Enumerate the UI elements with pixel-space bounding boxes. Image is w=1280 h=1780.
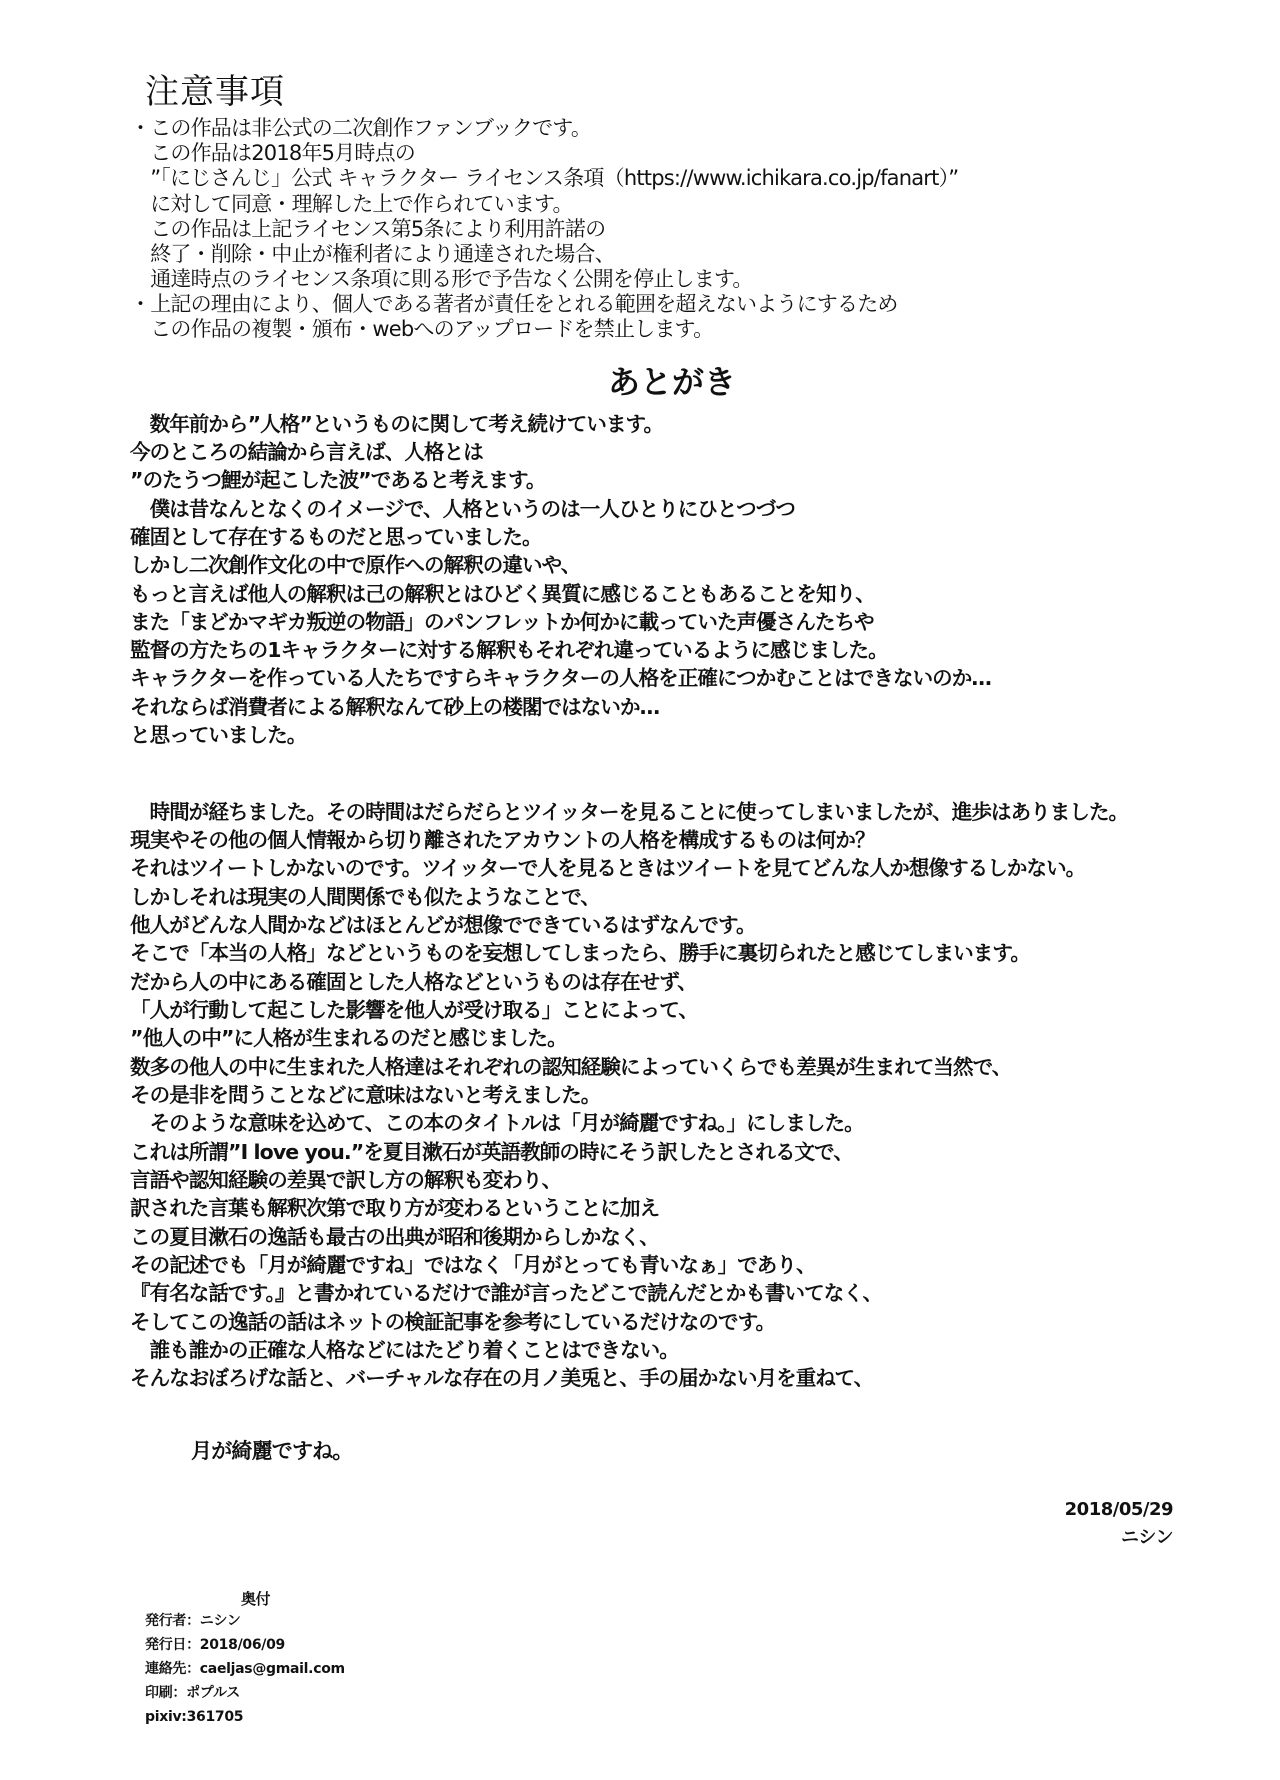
body-line: 訳された言葉も解釈次第で取り方が変わるということに加え: [130, 1198, 659, 1219]
notice-line: この作品は2018年5月時点の: [130, 143, 415, 164]
body-line: もっと言えば他人の解釈は己の解釈とはひどく異質に感じることもあることを知り、: [130, 584, 875, 605]
body-line: 監督の方たちの1キャラクターに対する解釈もそれぞれ違っているように感じました。: [130, 640, 888, 661]
body-line: キャラクターを作っている人たちですらキャラクターの人格を正確につかむことはできな…: [130, 668, 991, 689]
body-line: それはツイートしかないのです。ツイッターで人を見るときはツイートを見てどんな人か…: [130, 858, 1085, 879]
body-line: しかしそれは現実の人間関係でも似たようなことで、: [130, 887, 600, 908]
body-line: 確固として存在するものだと思っていました。: [130, 527, 542, 548]
colophon-pixiv: pixiv:361705: [145, 1710, 243, 1724]
colophon-printer: 印刷：ポプルス: [145, 1686, 240, 1700]
body-line: 誰も誰かの正確な人格などにはたどり着くことはできない。: [130, 1340, 679, 1361]
body-line: 今のところの結論から言えば、人格とは: [130, 442, 483, 463]
body-line: 現実やその他の個人情報から切り離されたアカウントの人格を構成するものは何か？: [130, 830, 875, 851]
body-line: だから人の中にある確固とした人格などというものは存在せず、: [130, 972, 697, 993]
body-line: それならば消費者による解釈なんて砂上の楼閣ではないか…: [130, 697, 659, 718]
body-line: そのような意味を込めて、この本のタイトルは「月が綺麗ですね。」にしました。: [130, 1113, 864, 1134]
body-line: と思っていました。: [130, 725, 306, 746]
document-page: 注意事項 ・この作品は非公式の二次創作ファンブックです。 この作品は2018年5…: [0, 0, 1280, 1780]
body-line: また「まどかマギカ叛逆の物語」のパンフレットか何かに載っていた声優さんたちや: [130, 612, 874, 633]
body-line: ”のたうつ鯉が起こした波”であると考えます。: [130, 470, 546, 491]
signoff-author: ニシン: [1121, 1529, 1173, 1547]
notice-line: この作品の複製・頒布・webへのアップロードを禁止します。: [130, 319, 713, 340]
notice-line: ・上記の理由により、個人である著者が責任をとれる範囲を超えないようにするため: [130, 294, 898, 315]
body-line: 時間が経ちました。その時間はだらだらとツイッターを見ることに使ってしまいましたが…: [130, 802, 1128, 823]
notice-line: ・この作品は非公式の二次創作ファンブックです。: [130, 118, 591, 139]
notice-line: に対して同意・理解した上で作られています。: [130, 194, 573, 215]
body-line: そしてこの逸話の話はネットの検証記事を参考にしているだけなのです。: [130, 1312, 775, 1333]
colophon-publish-date: 発行日：2018/06/09: [145, 1638, 285, 1652]
body-line: この夏目漱石の逸話も最古の出典が昭和後期からしかなく、: [130, 1227, 659, 1248]
body-line: 「人が行動して起こした影響を他人が受け取る」ことによって、: [130, 1000, 698, 1021]
body-line: その記述でも「月が綺麗ですね」ではなく「月がとっても青いなぁ」であり、: [130, 1255, 816, 1276]
colophon-contact: 連絡先：caeljas@gmail.com: [145, 1662, 345, 1676]
colophon-title: 奥付: [241, 1592, 270, 1607]
signoff-date: 2018/05/29: [1065, 1501, 1173, 1519]
notice-line: この作品は上記ライセンス第5条により利用許諾の: [130, 219, 605, 240]
body-line: その是非を問うことなどに意味はないと考えました。: [130, 1085, 600, 1106]
body-line: 数多の他人の中に生まれた人格達はそれぞれの認知経験によっていくらでも差異が生まれ…: [130, 1057, 1011, 1078]
body-line: そんなおぼろげな話と、バーチャルな存在の月ノ美兎と、手の届かない月を重ねて、: [130, 1368, 873, 1389]
body-line: 『有名な話です。』と書かれているだけで誰が言ったどこで読んだとかも書いてなく、: [130, 1283, 882, 1304]
body-line: これは所謂”I love you.”を夏目漱石が英語教師の時にそう訳したとされる…: [130, 1142, 853, 1163]
body-line: ”他人の中”に人格が生まれるのだと感じました。: [130, 1028, 567, 1049]
body-line: 他人がどんな人間かなどはほとんどが想像でできているはずなんです。: [130, 915, 756, 936]
body-line: 言語や認知経験の差異で訳し方の解釈も変わり、: [130, 1170, 561, 1191]
notice-line: 通達時点のライセンス条項に則る形で予告なく公開を停止します。: [130, 269, 753, 290]
closing-line: 月が綺麗ですね。: [191, 1441, 353, 1462]
body-line: 僕は昔なんとなくのイメージで、人格というのは一人ひとりにひとつづつ: [130, 499, 795, 520]
notice-title: 注意事項: [145, 75, 285, 109]
body-line: 数年前から”人格”というものに関して考え続けています。: [130, 414, 663, 435]
notice-line: 終了・削除・中止が権利者により通達された場合、: [130, 244, 615, 265]
colophon-publisher: 発行者：ニシン: [145, 1614, 241, 1628]
afterword-title: あとがき: [608, 366, 736, 398]
notice-line: ”「にじさんじ」公式 キャラクター ライセンス条項（https://www.ic…: [130, 168, 958, 189]
body-line: しかし二次創作文化の中で原作への解釈の違いや、: [130, 555, 580, 576]
body-line: そこで「本当の人格」などというものを妄想してしまったら、勝手に裏切られたと感じて…: [130, 943, 1030, 964]
